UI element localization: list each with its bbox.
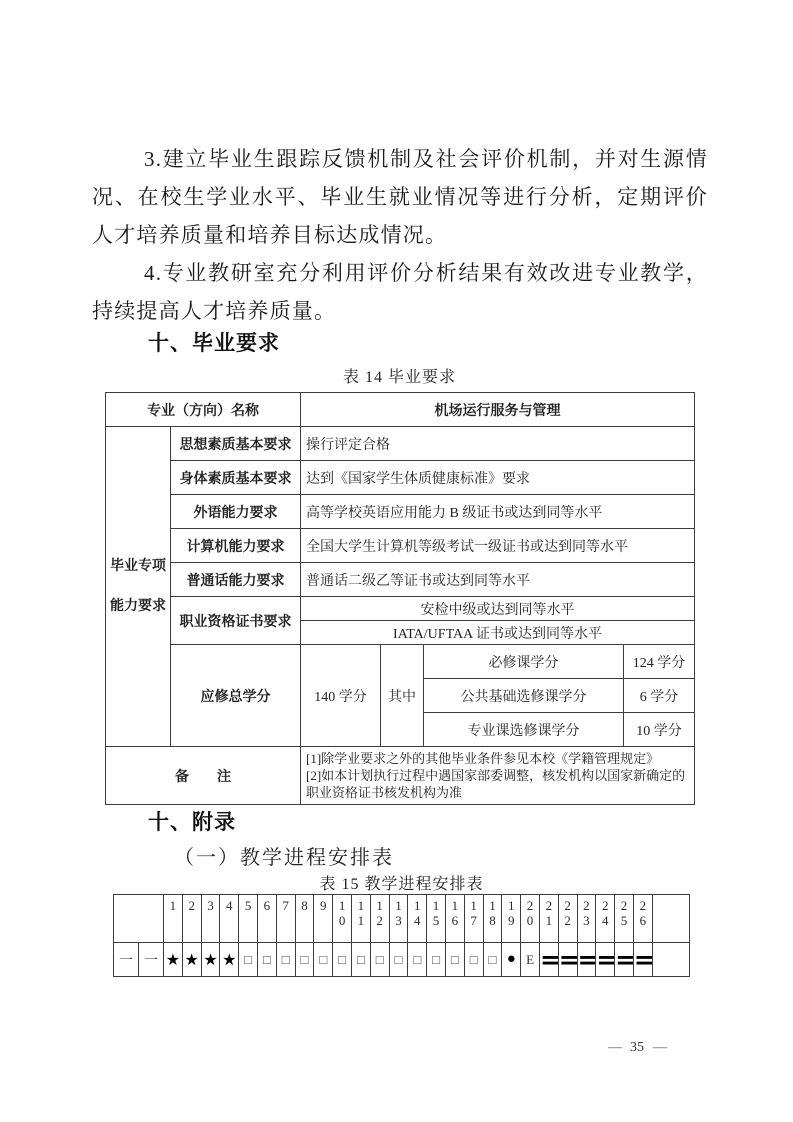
week-number: 21 (544, 898, 553, 928)
row-value: 达到《国家学生体质健康标准》要求 (301, 461, 695, 495)
week-number: 25 (620, 898, 629, 928)
table-row: 职业资格证书要求 安检中级或达到同等水平 (106, 597, 695, 621)
table-row: 备 注 [1]除学业要求之外的其他毕业条件参见本校《学籍管理规定》 [2]如本计… (106, 747, 695, 805)
week-number: 20 (526, 898, 535, 928)
section-heading-graduation: 十、毕业要求 (148, 327, 280, 357)
symbol-cell: = (615, 943, 634, 977)
week-cell: 2 (182, 895, 201, 943)
symbol-cell: ★ (201, 943, 220, 977)
week-cell: 4 (220, 895, 239, 943)
week-number: 3 (207, 898, 214, 913)
week-cell: 11 (351, 895, 370, 943)
week-number: 9 (320, 898, 327, 913)
table-row: 外语能力要求 高等学校英语应用能力 B 级证书或达到同等水平 (106, 495, 695, 529)
week-cell: 23 (577, 895, 596, 943)
symbol-cell: = (558, 943, 577, 977)
week-number: 15 (432, 898, 441, 928)
symbol-cell: □ (239, 943, 258, 977)
symbol-cell: □ (389, 943, 408, 977)
credit-item-value: 6 学分 (624, 679, 695, 713)
week-number: 19 (507, 898, 516, 928)
section-heading-appendix: 十、附录 (148, 806, 236, 836)
week-number: 10 (338, 898, 347, 928)
paragraph-3: 3.建立毕业生跟踪反馈机制及社会评价机制，并对生源情况、在校生学业水平、毕业生就… (92, 140, 708, 254)
symbol-cell: ● (502, 943, 521, 977)
week-cell: 8 (295, 895, 314, 943)
week-cell: 13 (389, 895, 408, 943)
header-cell-major-name: 专业（方向）名称 (106, 393, 301, 427)
schedule-symbol-row: 一 一 ★ ★ ★ ★ □ □ □ □ □ □ □ □ □ □ □ □ □ □ (114, 943, 690, 977)
symbol-cell: □ (483, 943, 502, 977)
symbol-cell: □ (370, 943, 389, 977)
credit-item-name: 必修课学分 (424, 645, 624, 679)
symbol-cell: = (596, 943, 615, 977)
document-page: 3.建立毕业生跟踪反馈机制及社会评价机制，并对生源情况、在校生学业水平、毕业生就… (0, 0, 793, 1122)
week-number: 26 (638, 898, 647, 928)
week-cell: 24 (596, 895, 615, 943)
tail-cell (652, 943, 689, 977)
week-number: 11 (356, 898, 365, 928)
remark-line-2: [2]如本计划执行过程中遇国家部委调整，核发机构以国家新确定的职业资格证书核发机… (306, 767, 689, 801)
appendix-subheading: （一）教学进程安排表 (174, 841, 394, 870)
credits-among: 其中 (381, 645, 424, 747)
row-value: 高等学校英语应用能力 B 级证书或达到同等水平 (301, 495, 695, 529)
week-number: 5 (245, 898, 252, 913)
page-number-value: 35 (630, 1040, 644, 1056)
symbol-cell: = (633, 943, 652, 977)
row-label: 思想素质基本要求 (171, 427, 301, 461)
symbol-cell: ★ (164, 943, 183, 977)
semester-label: 一 (139, 943, 164, 977)
table-row: 身体素质基本要求 达到《国家学生体质健康标准》要求 (106, 461, 695, 495)
table-row: 计算机能力要求 全国大学生计算机等级考试一级证书或达到同等水平 (106, 529, 695, 563)
symbol-cell: □ (427, 943, 446, 977)
credits-label: 应修总学分 (171, 645, 301, 747)
week-number: 13 (394, 898, 403, 928)
week-number: 8 (301, 898, 308, 913)
credit-item-name: 专业课选修课学分 (424, 713, 624, 747)
symbol-cell: = (539, 943, 558, 977)
header-cell-major-value: 机场运行服务与管理 (301, 393, 695, 427)
category-line-2: 能力要求 (109, 587, 167, 627)
week-number: 18 (488, 898, 497, 928)
week-cell: 18 (483, 895, 502, 943)
week-number: 2 (188, 898, 195, 913)
symbol-cell: □ (295, 943, 314, 977)
week-cell: 21 (539, 895, 558, 943)
table-row: 应修总学分 140 学分 其中 必修课学分 124 学分 (106, 645, 695, 679)
page-number-left-dash: — (608, 1040, 621, 1056)
week-number: 23 (582, 898, 591, 928)
week-cell: 17 (464, 895, 483, 943)
graduation-requirements-table: 专业（方向）名称 机场运行服务与管理 毕业专项 能力要求 思想素质基本要求 操行… (105, 392, 695, 805)
cert-value: IATA/UFTAA 证书或达到同等水平 (301, 621, 695, 645)
credit-item-value: 124 学分 (624, 645, 695, 679)
week-cell: 19 (502, 895, 521, 943)
credit-item-name: 公共基础选修课学分 (424, 679, 624, 713)
week-number: 22 (563, 898, 572, 928)
remark-line-1: [1]除学业要求之外的其他毕业条件参见本校《学籍管理规定》 (306, 750, 689, 767)
merged-category-cell: 毕业专项 能力要求 (106, 427, 171, 747)
body-paragraphs: 3.建立毕业生跟踪反馈机制及社会评价机制，并对生源情况、在校生学业水平、毕业生就… (92, 140, 708, 330)
table-row: 毕业专项 能力要求 思想素质基本要求 操行评定合格 (106, 427, 695, 461)
symbol-cell: □ (314, 943, 333, 977)
week-cell: 10 (333, 895, 352, 943)
row-value: 操行评定合格 (301, 427, 695, 461)
page-number-right-dash: — (653, 1040, 666, 1056)
table14-caption: 表 14 毕业要求 (105, 364, 694, 387)
week-cell: 9 (314, 895, 333, 943)
category-line-1: 毕业专项 (109, 547, 167, 587)
week-number: 4 (226, 898, 233, 913)
cert-value: 安检中级或达到同等水平 (301, 597, 695, 621)
row-label: 计算机能力要求 (171, 529, 301, 563)
symbol-cell: □ (408, 943, 427, 977)
symbol-cell: ★ (220, 943, 239, 977)
symbol-cell: ★ (182, 943, 201, 977)
row-label: 外语能力要求 (171, 495, 301, 529)
week-cell: 26 (633, 895, 652, 943)
row-label: 身体素质基本要求 (171, 461, 301, 495)
week-number: 7 (282, 898, 289, 913)
week-number: 16 (450, 898, 459, 928)
credits-total: 140 学分 (301, 645, 381, 747)
week-cell: 1 (164, 895, 183, 943)
week-cell: 22 (558, 895, 577, 943)
week-number: 1 (170, 898, 177, 913)
year-label: 一 (114, 943, 139, 977)
table15-caption: 表 15 教学进程安排表 (113, 871, 690, 894)
week-header-row: 1 2 3 4 5 6 7 8 9 10 11 12 13 14 15 16 1… (114, 895, 690, 943)
week-cell: 25 (615, 895, 634, 943)
week-cell: 15 (427, 895, 446, 943)
week-number: 24 (601, 898, 610, 928)
week-cell: 5 (239, 895, 258, 943)
symbol-cell: □ (445, 943, 464, 977)
week-number: 14 (413, 898, 422, 928)
symbol-cell: □ (333, 943, 352, 977)
corner-cell (114, 895, 164, 943)
row-label: 普通话能力要求 (171, 563, 301, 597)
table14-header-row: 专业（方向）名称 机场运行服务与管理 (106, 393, 695, 427)
week-number: 17 (469, 898, 478, 928)
symbol-cell: = (577, 943, 596, 977)
week-cell: 14 (408, 895, 427, 943)
row-value: 全国大学生计算机等级考试一级证书或达到同等水平 (301, 529, 695, 563)
week-number: 12 (375, 898, 384, 928)
teaching-schedule-table: 1 2 3 4 5 6 7 8 9 10 11 12 13 14 15 16 1… (113, 894, 690, 977)
cert-label: 职业资格证书要求 (171, 597, 301, 645)
remark-content: [1]除学业要求之外的其他毕业条件参见本校《学籍管理规定》 [2]如本计划执行过… (301, 747, 695, 805)
table-row: 普通话能力要求 普通话二级乙等证书或达到同等水平 (106, 563, 695, 597)
symbol-cell: □ (351, 943, 370, 977)
week-cell: 7 (276, 895, 295, 943)
row-value: 普通话二级乙等证书或达到同等水平 (301, 563, 695, 597)
week-cell: 16 (445, 895, 464, 943)
week-cell: 6 (257, 895, 276, 943)
symbol-cell: □ (257, 943, 276, 977)
page-number: — 35 — (592, 1040, 682, 1056)
symbol-cell: □ (464, 943, 483, 977)
paragraph-4: 4.专业教研室充分利用评价分析结果有效改进专业教学，持续提高人才培养质量。 (92, 254, 708, 330)
week-cell: 12 (370, 895, 389, 943)
remark-label: 备 注 (106, 747, 301, 805)
symbol-cell: E (521, 943, 540, 977)
week-cell: 20 (521, 895, 540, 943)
week-cell: 3 (201, 895, 220, 943)
symbol-cell: □ (276, 943, 295, 977)
credit-item-value: 10 学分 (624, 713, 695, 747)
week-number: 6 (264, 898, 271, 913)
tail-cell (652, 895, 689, 943)
